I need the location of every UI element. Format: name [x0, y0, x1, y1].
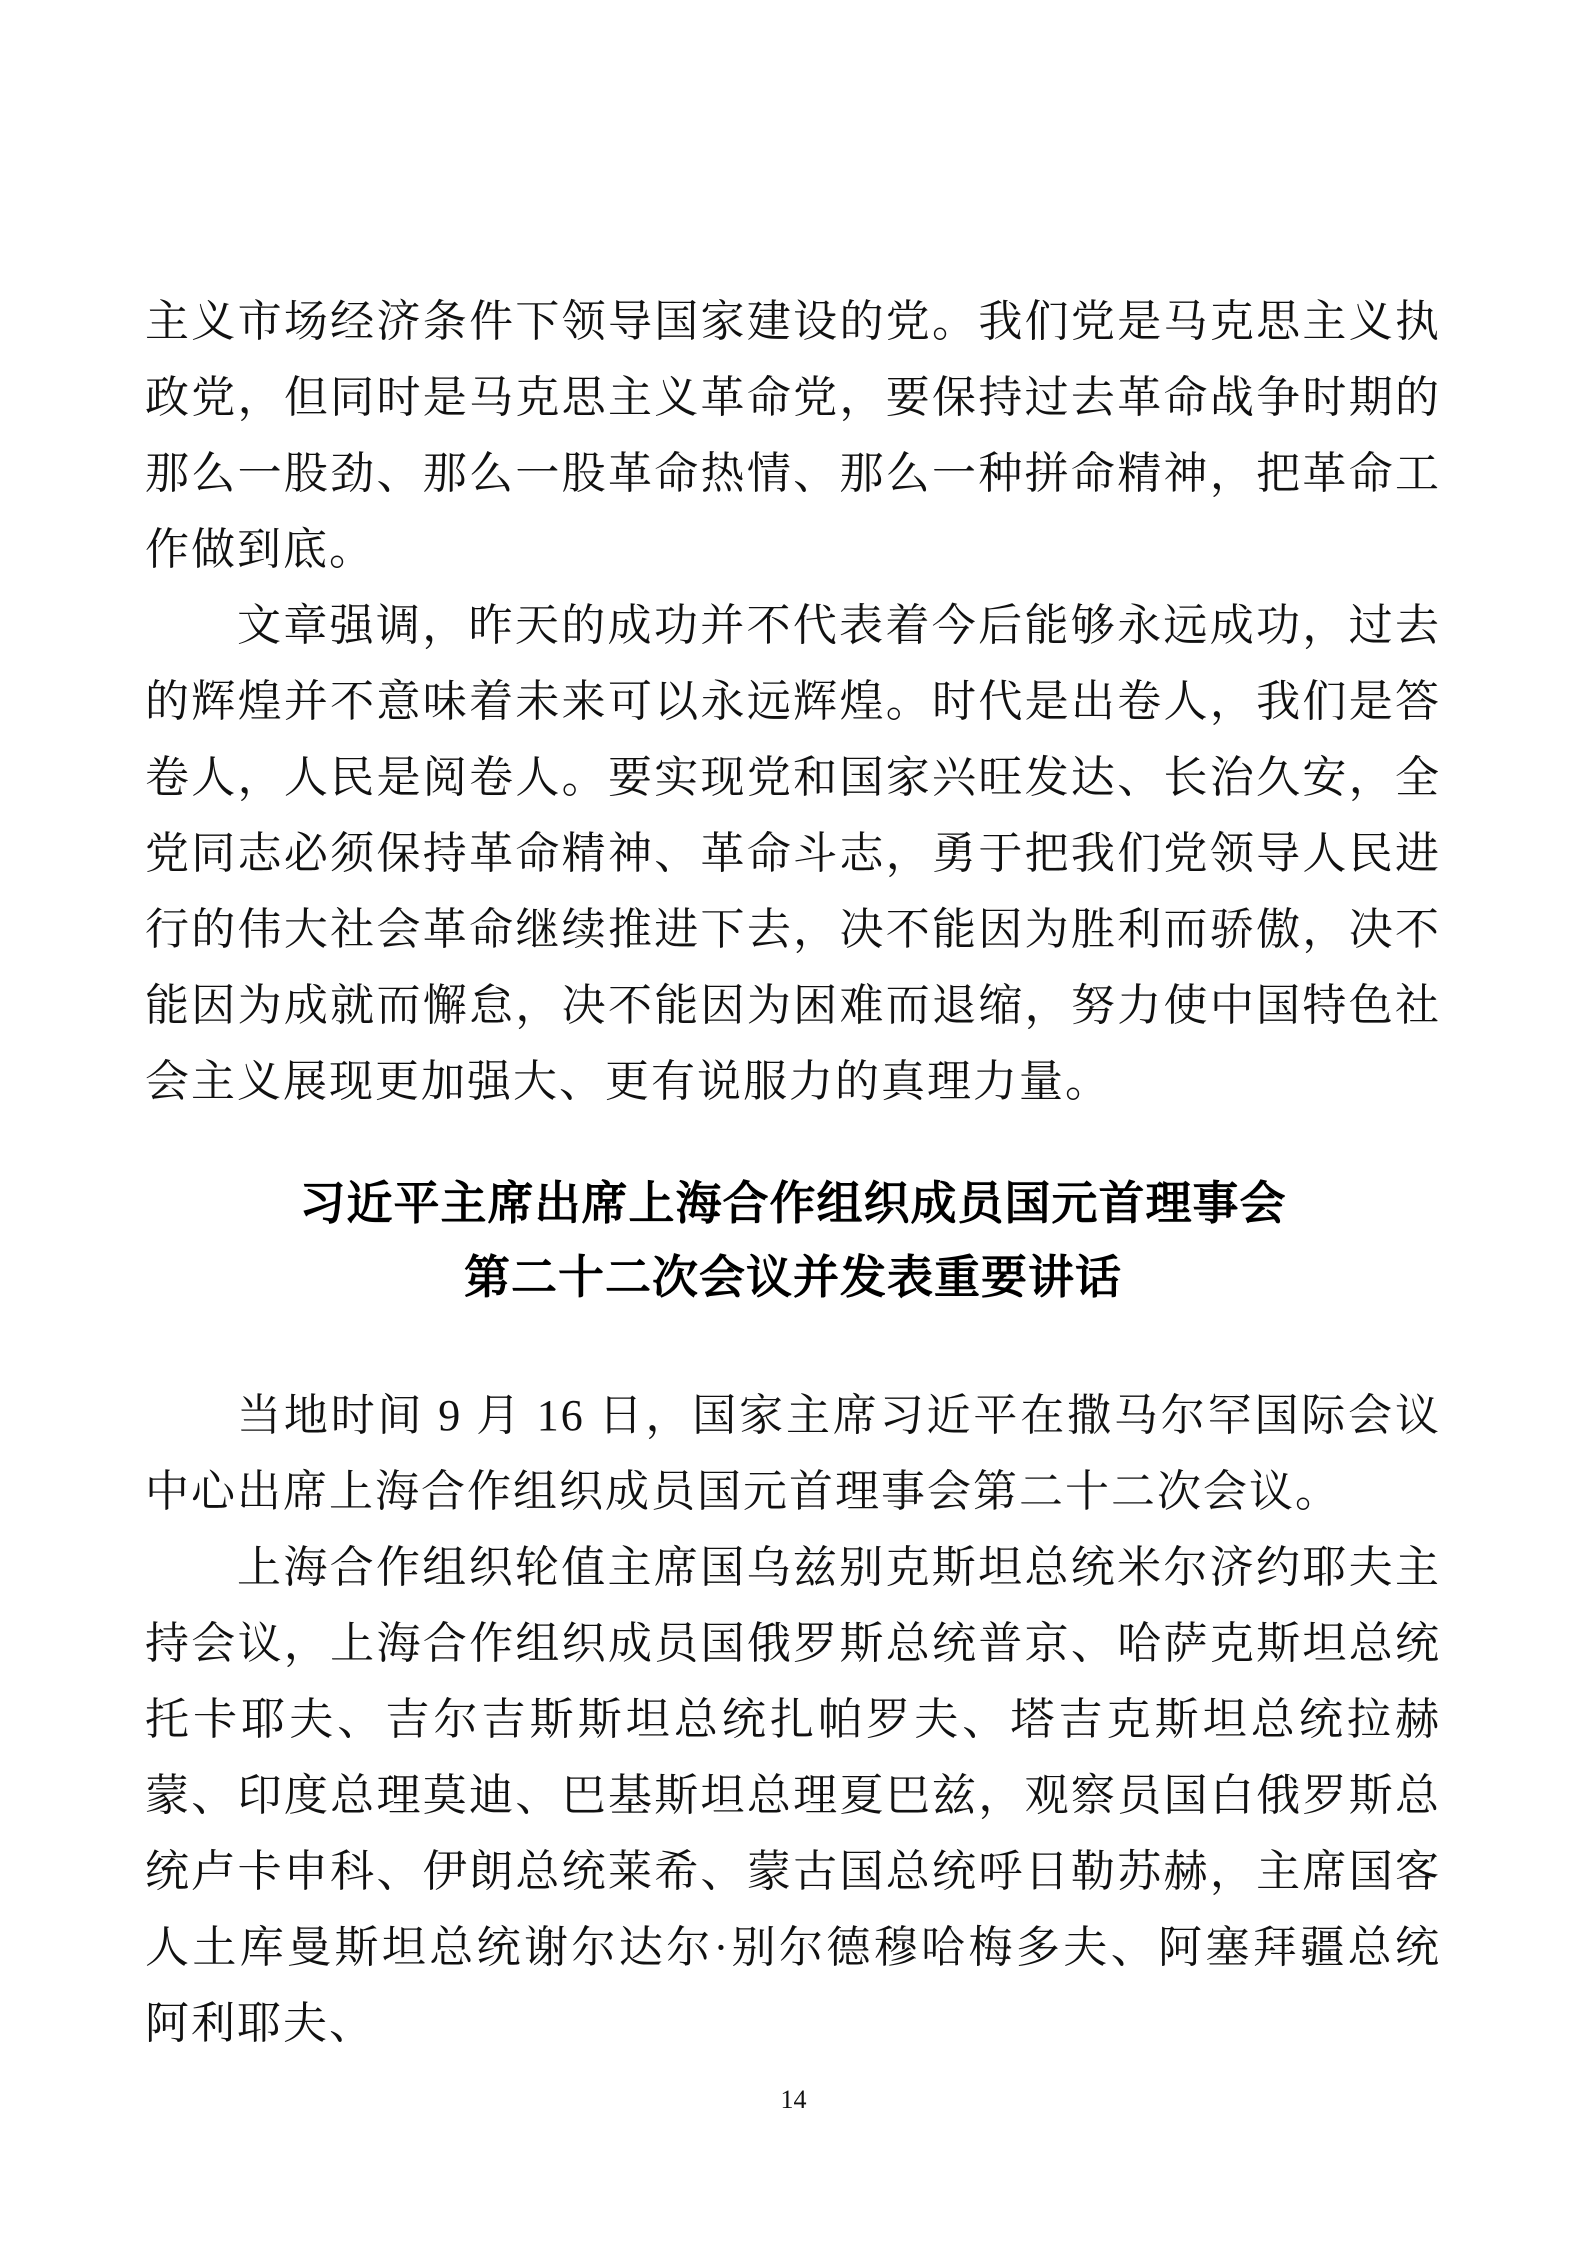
body-paragraph: 当地时间 9 月 16 日，国家主席习近平在撒马尔罕国际会议中心出席上海合作组织…	[145, 1378, 1441, 1530]
section-heading-line-2: 第二十二次会议并发表重要讲话	[145, 1240, 1441, 1314]
body-paragraph-continuation: 主义市场经济条件下领导国家建设的党。我们党是马克思主义执政党，但同时是马克思主义…	[145, 284, 1441, 588]
body-paragraph: 文章强调，昨天的成功并不代表着今后能够永远成功，过去的辉煌并不意味着未来可以永远…	[145, 588, 1441, 1120]
section-heading-line-1: 习近平主席出席上海合作组织成员国元首理事会	[145, 1166, 1441, 1240]
page-footer: 14	[0, 2085, 1587, 2115]
document-page: 主义市场经济条件下领导国家建设的党。我们党是马克思主义执政党，但同时是马克思主义…	[0, 0, 1587, 2245]
page-number: 14	[781, 2085, 807, 2114]
document-content: 主义市场经济条件下领导国家建设的党。我们党是马克思主义执政党，但同时是马克思主义…	[145, 284, 1441, 2062]
body-paragraph: 上海合作组织轮值主席国乌兹别克斯坦总统米尔济约耶夫主持会议，上海合作组织成员国俄…	[145, 1530, 1441, 2062]
section-heading: 习近平主席出席上海合作组织成员国元首理事会 第二十二次会议并发表重要讲话	[145, 1166, 1441, 1314]
